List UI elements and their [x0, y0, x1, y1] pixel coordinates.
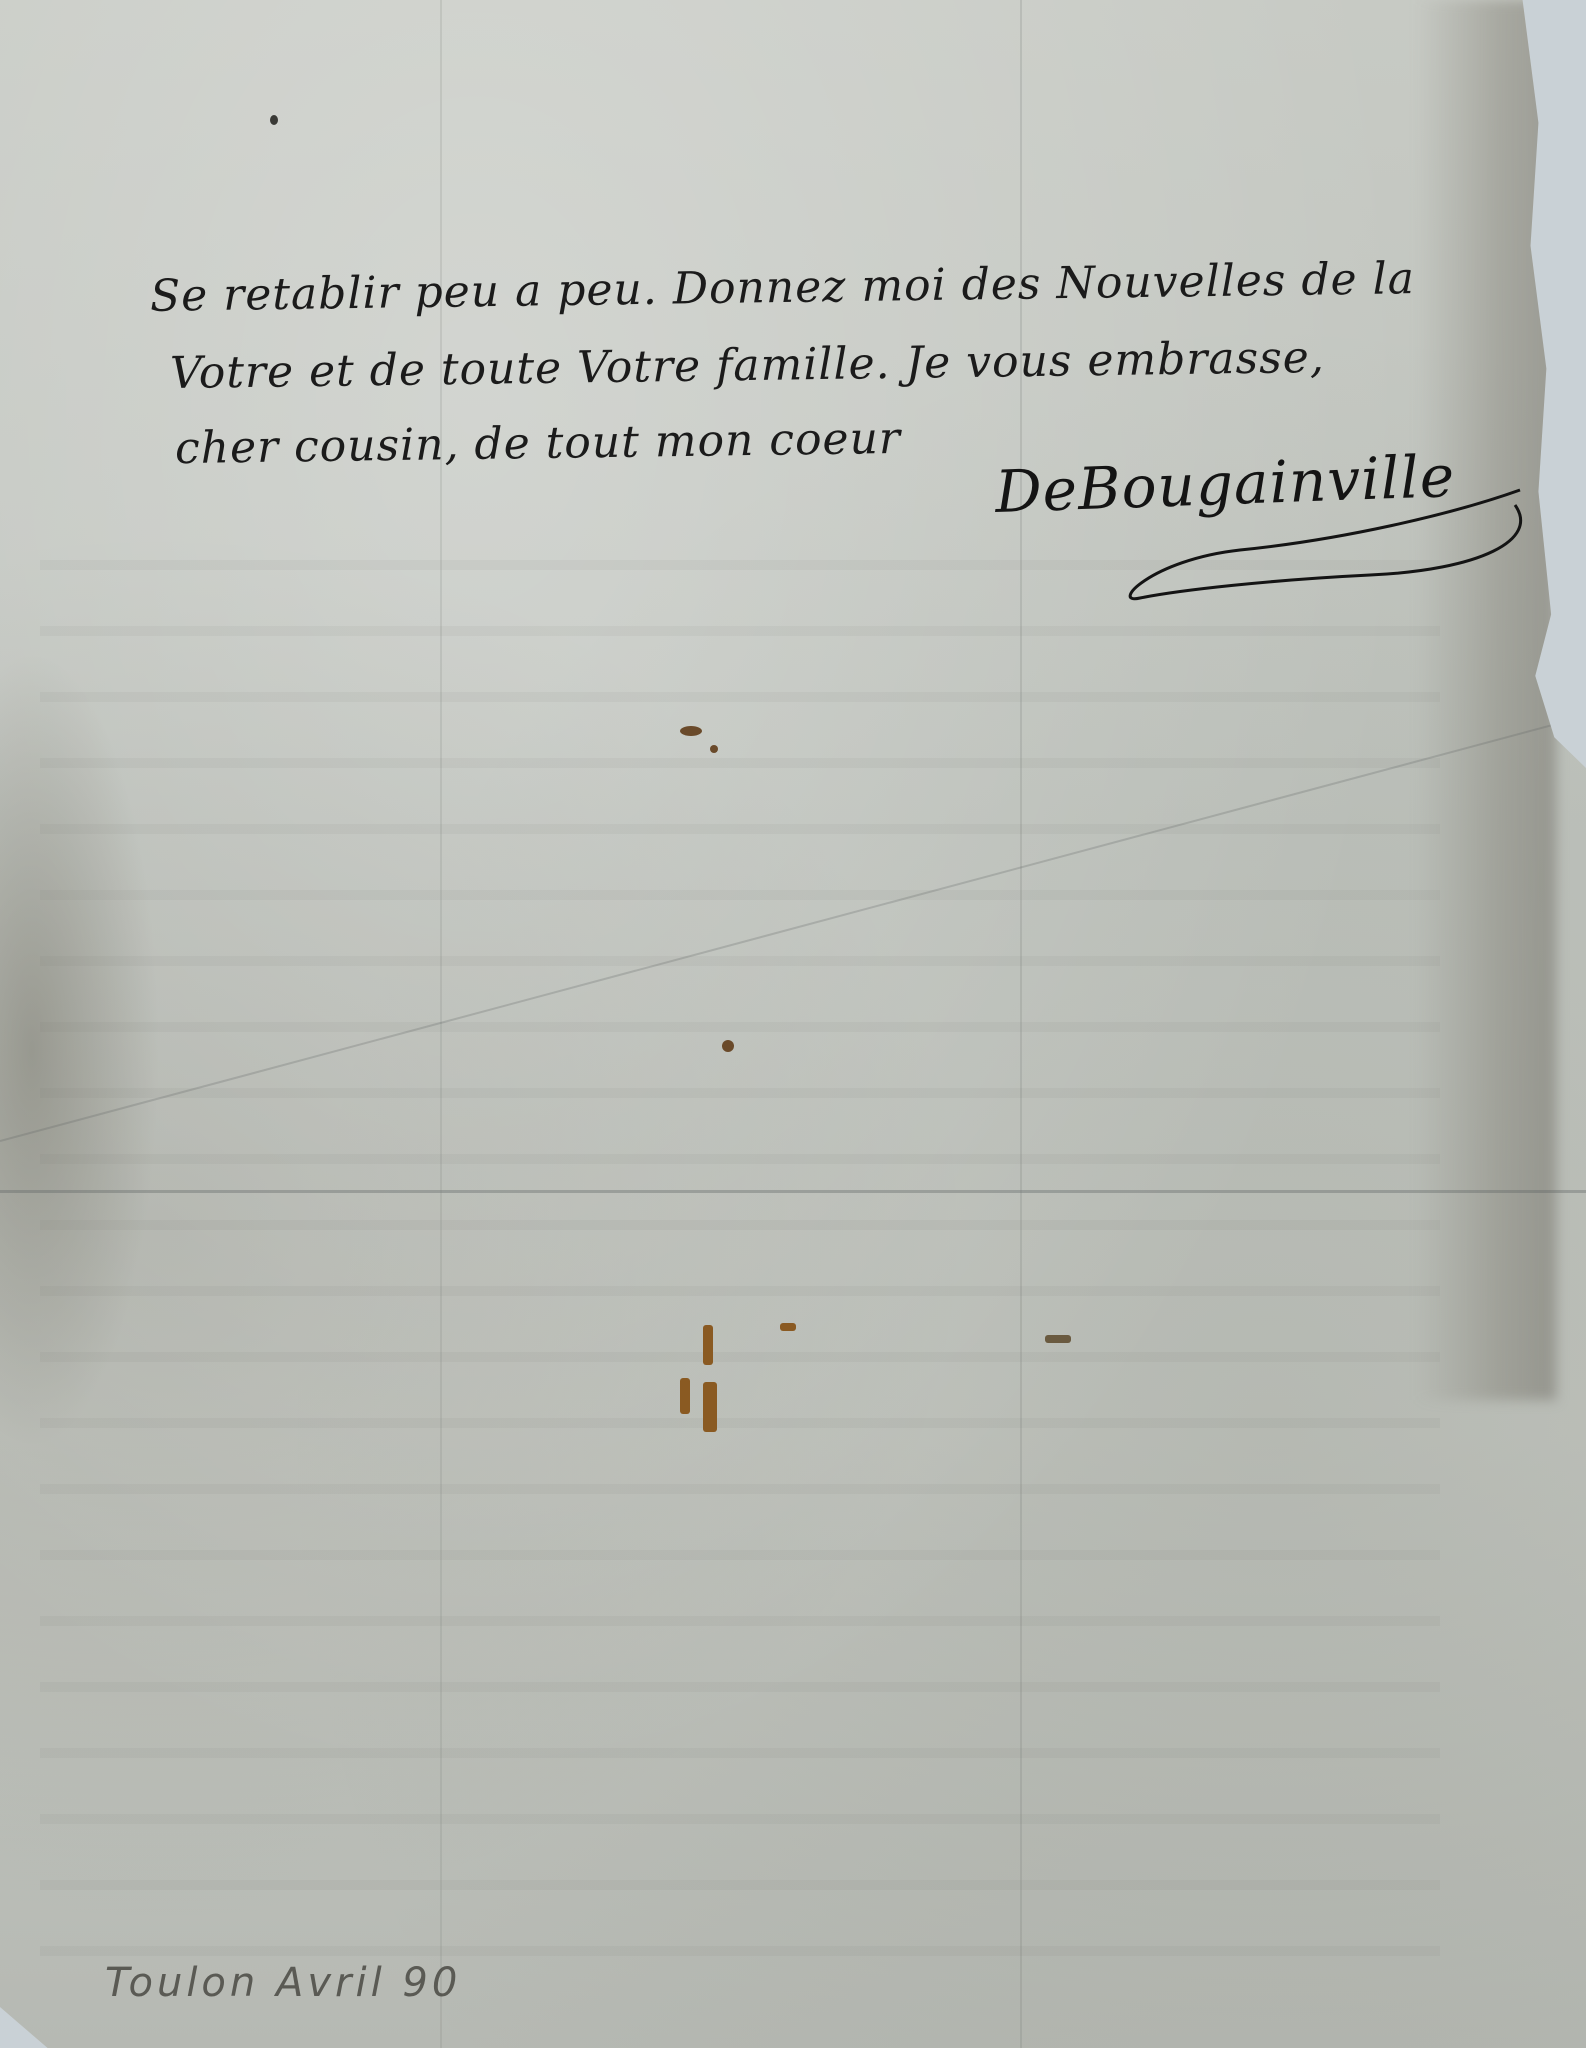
- ink-spot: [722, 1040, 734, 1052]
- rust-stain: [780, 1323, 796, 1331]
- rust-stain: [703, 1382, 717, 1432]
- water-stain-left: [0, 650, 160, 1450]
- letter-line-2: Votre et de toute Votre famille. Je vous…: [170, 332, 1325, 399]
- horizontal-fold: [0, 1190, 1586, 1193]
- letter-line-1: Se retablir peu a peu. Donnez moi des No…: [150, 253, 1416, 322]
- letter-page: Se retablir peu a peu. Donnez moi des No…: [0, 0, 1586, 2048]
- show-through-text: [40, 560, 1440, 1960]
- pencil-annotation: Toulon Avril 90: [105, 1960, 461, 2006]
- rust-stain: [703, 1325, 713, 1365]
- rust-stain: [680, 1378, 690, 1414]
- ink-spot: [270, 115, 278, 125]
- ink-spot: [680, 726, 702, 736]
- ink-spot: [710, 745, 718, 753]
- signature-flourish: [1120, 480, 1540, 610]
- rust-stain: [1045, 1335, 1071, 1343]
- letter-line-3: cher cousin, de tout mon coeur: [175, 413, 902, 474]
